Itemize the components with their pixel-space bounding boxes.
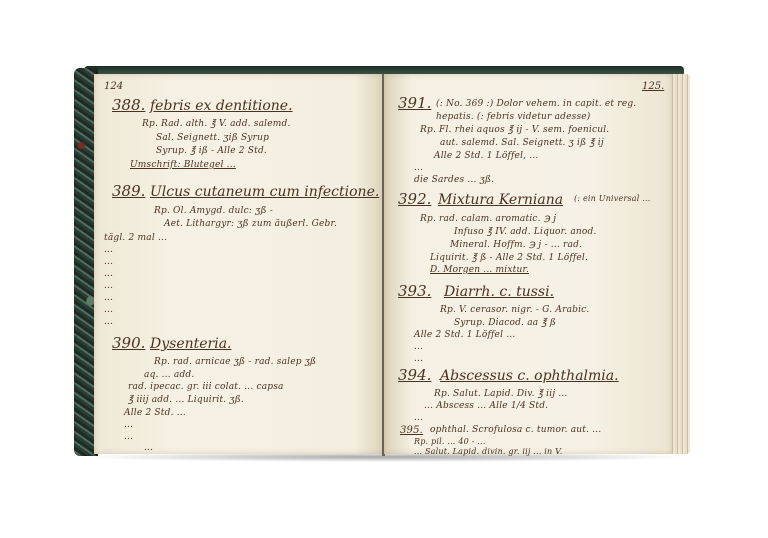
entry-line: Sal. Seignett. ʒiß Syrup [156, 134, 269, 143]
entry-line: Rp. Fl. rhei aquos ℥ ij - V. sem. foenic… [420, 126, 609, 135]
entry-line: die Sardes ... ʒß. [414, 176, 494, 185]
entry-line: aq. ... add. [144, 371, 194, 380]
entry-line: ... [414, 343, 423, 352]
entry-title: Ulcus cutaneum cum infectione. [150, 185, 379, 199]
left-page-number: 124 [104, 82, 123, 92]
entry-line: Syrup. ℥ iß - Alle 2 Std. [156, 147, 267, 156]
entry-line: ... [104, 306, 113, 315]
entry-line: Rp. rad. arnicae ʒß - rad. salep ʒß [154, 358, 316, 367]
entry-line: rad. ipecac. gr. iii colat. ... capsa [128, 383, 284, 392]
entry-number: 394. [398, 368, 431, 383]
page-edges [670, 74, 690, 454]
entry-title: febris ex dentitione. [150, 99, 293, 113]
entry-line: Rp. rad. calam. aromatic. ℈ j [420, 215, 556, 224]
entry-line: ... [104, 246, 113, 255]
right-page-number: 125. [642, 82, 664, 92]
entry-line: ... Salut. Lapid. divin. gr. iij ... in … [414, 448, 562, 456]
entry-number: 391. [398, 96, 431, 111]
entry-line: Umschrift: Blutegel ... [130, 161, 236, 170]
entry-line: tägl. 2 mal ... [104, 234, 167, 243]
entry-title: Diarrh. c. tussi. [444, 285, 554, 299]
entry-line: aut. salemd. Sal. Seignett. ʒ iß ℥ ij [440, 139, 604, 148]
entry-line: ... [104, 258, 113, 267]
entry-line: Liquirit. ℥ ß - Alle 2 Std. 1 Löffel. [430, 254, 588, 263]
entry-line: ... [104, 282, 113, 291]
entry-title: (: No. 369 :) Dolor vehem. in capit. et … [436, 98, 666, 124]
entry-line: Infuso ℥ IV. add. Liquor. anod. [454, 228, 597, 237]
right-page: 125. 391. (: No. 369 :) Dolor vehem. in … [384, 74, 672, 454]
entry-line: Rp. Ol. Amygd. dulc: ʒß - [154, 207, 273, 216]
entry-line: ... [414, 355, 423, 364]
entry-line: Alle 2 Std. 1 Löffel ... [414, 331, 515, 340]
entry-line: ... [124, 433, 133, 442]
entry-number: 392. [398, 192, 431, 207]
entry-line: Rp. Salut. Lapid. Div. ℥ iij ... [434, 390, 568, 399]
entry-title: Dysenteria. [150, 337, 232, 351]
entry-line: Rp. Rad. alth. ℥ V. add. salemd. [142, 120, 291, 129]
entry-number: 390. [112, 336, 145, 351]
entry-title: ophthal. Scrofulosa c. tumor. aut. ... [430, 426, 601, 435]
entry-number: 395. [400, 426, 423, 436]
entry-line: Aet. Lithargyr: ʒß zum äußerl. Gebr. [164, 220, 337, 229]
entry-line: D. Morgen ... mixtur. [430, 266, 529, 275]
entry-line: ... [414, 414, 423, 423]
entry-number: 389. [112, 184, 145, 199]
entry-line: ... [414, 164, 423, 173]
entry-line: Alle 2 Std. ... [124, 409, 186, 418]
entry-number: 393. [398, 284, 431, 299]
entry-line: ℥ iiij add. ... Liquirit. ʒß. [128, 396, 244, 405]
entry-line: ... [104, 318, 113, 327]
open-notebook: 124 388. febris ex dentitione. Rp. Rad. … [74, 62, 692, 460]
entry-line: ... [124, 421, 133, 430]
entry-line: Rp. V. cerasor. nigr. - G. Arabic. [440, 306, 590, 315]
entry-line: Syrup. Diacod. aa ℥ ß [454, 319, 556, 328]
entry-line: (: ein Universal ... [574, 195, 650, 203]
entry-line: ... Abscess ... Alle 1/4 Std. [424, 402, 548, 411]
entry-line: Rp. pil. ... 40 - ... [414, 438, 486, 446]
entry-title: Abscessus c. ophthalmia. [440, 369, 619, 383]
entry-title: Mixtura Kerniana [438, 193, 563, 207]
entry-number: 388. [112, 98, 145, 113]
entry-line: ... [144, 444, 153, 453]
entry-line: ... [104, 294, 113, 303]
entry-line: Mineral. Hoffm. ℈ j - ... rad. [450, 241, 582, 250]
entry-line: ... [104, 270, 113, 279]
left-page: 124 388. febris ex dentitione. Rp. Rad. … [94, 74, 384, 454]
entry-line: Alle 2 Std. 1 Löffel, ... [434, 152, 538, 161]
